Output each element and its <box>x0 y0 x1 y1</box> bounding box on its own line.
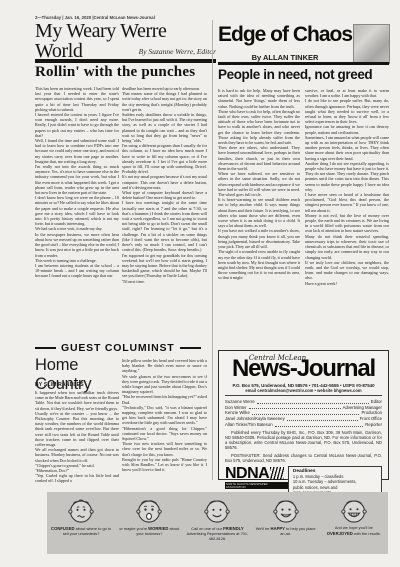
ad-panel-confused: CONFUSED about where to go to sell your … <box>50 497 113 537</box>
guest-dash-left <box>35 347 56 350</box>
staff-row: Allan Tinker/Tim Bateson Reporter <box>225 422 382 428</box>
advertising-banner: CONFUSED about where to go to sell your … <box>47 492 388 554</box>
staff-role: Reporter <box>365 422 382 428</box>
ndna-logo: NDNA NORTH DAKOTA NEWSPAPER ASSOCIATION <box>225 466 288 490</box>
column-divider-rule <box>212 20 213 480</box>
masthead-contact: email centralmclean@westriv.com • websit… <box>225 388 382 393</box>
guest-section-header: GUEST COLUMINST <box>35 342 207 354</box>
ad-panel-friendly: Call on one of our FRIENDLY Advertising … <box>186 497 249 542</box>
masthead-box: Central McLean News-Journal P.O. Box 575… <box>218 350 389 480</box>
newspaper-page: 2—Thursday | Jan. 16, 2020 |Central McLe… <box>0 0 400 567</box>
columnist-photo <box>353 24 390 64</box>
worried-face-icon <box>135 497 163 525</box>
ndna-flag-icon <box>270 467 284 480</box>
ad-panel-worried: or maybe you're WORRIED about your busin… <box>118 497 181 537</box>
chaos-rule <box>218 62 389 65</box>
chaos-body-col2: survive, or heal, or at least make it to… <box>305 88 389 345</box>
confused-face-icon <box>67 497 95 525</box>
ndna-full-name: NORTH DAKOTA NEWSPAPER ASSOCIATION <box>225 482 288 489</box>
masthead-divider <box>225 395 382 396</box>
ad-panel-overjoyed: And we hope you'll be OVERJOYED with the… <box>322 497 385 537</box>
guest-body-col2: little pillow under his head and covered… <box>122 358 207 490</box>
staff-name: Allan Tinker/Tim Bateson <box>225 422 273 428</box>
overjoyed-face-icon <box>340 497 368 525</box>
masthead-name: News-Journal <box>225 358 382 381</box>
ad-caption: We'll be HAPPY to help you place an ad. <box>254 526 317 537</box>
guest-dash-right <box>180 347 201 350</box>
masthead-published-text: Published every Thursday by BHG, Inc., P… <box>225 430 382 451</box>
ad-caption: CONFUSED about where to go to sell your … <box>50 526 113 537</box>
ad-caption: And we hope you'll be OVERJOYED with the… <box>322 526 385 537</box>
guest-column-title: Home Country <box>35 356 135 394</box>
guest-byline: BY SLIM RANDLES <box>35 382 119 388</box>
guest-body-col1: It happened when two unfamiliar truck dr… <box>35 390 119 490</box>
chaos-headline: People in need, not greed <box>218 67 389 82</box>
ndna-acronym: NDNA <box>225 466 269 482</box>
dotted-leader <box>257 403 369 404</box>
chaos-column-title: Edge of Chaos <box>218 24 352 45</box>
weary-body-col2: deadline has been moved up to early afte… <box>122 86 207 338</box>
ad-panel-happy: We'll be HAPPY to help you place an ad. <box>254 497 317 537</box>
ad-caption: or maybe you're WORRIED about your busin… <box>118 526 181 537</box>
chaos-byline: By ALLAN TINKER <box>218 53 352 62</box>
happy-face-icon <box>272 497 300 525</box>
dotted-leader <box>275 426 364 427</box>
weary-rule <box>35 59 216 63</box>
weary-body-col1: This has been an interesting week. I had… <box>35 86 119 338</box>
dotted-leader <box>287 420 358 421</box>
masthead-postmaster-text: POSTMASTER: Send address changes to Cent… <box>225 453 382 463</box>
friendly-face-icon <box>203 497 231 525</box>
ad-caption: Call on one of our FRIENDLY Advertising … <box>186 526 249 542</box>
chaos-body-col1: It is hard to ask for help. Many may hav… <box>218 88 300 345</box>
dotted-leader <box>252 414 360 415</box>
weary-byline: By Suzanne Werre, Editor <box>35 47 216 56</box>
weary-headline: Rollin' with the punches <box>35 64 216 81</box>
guest-section-label: GUEST COLUMINST <box>61 342 175 354</box>
dotted-leader <box>249 408 341 409</box>
